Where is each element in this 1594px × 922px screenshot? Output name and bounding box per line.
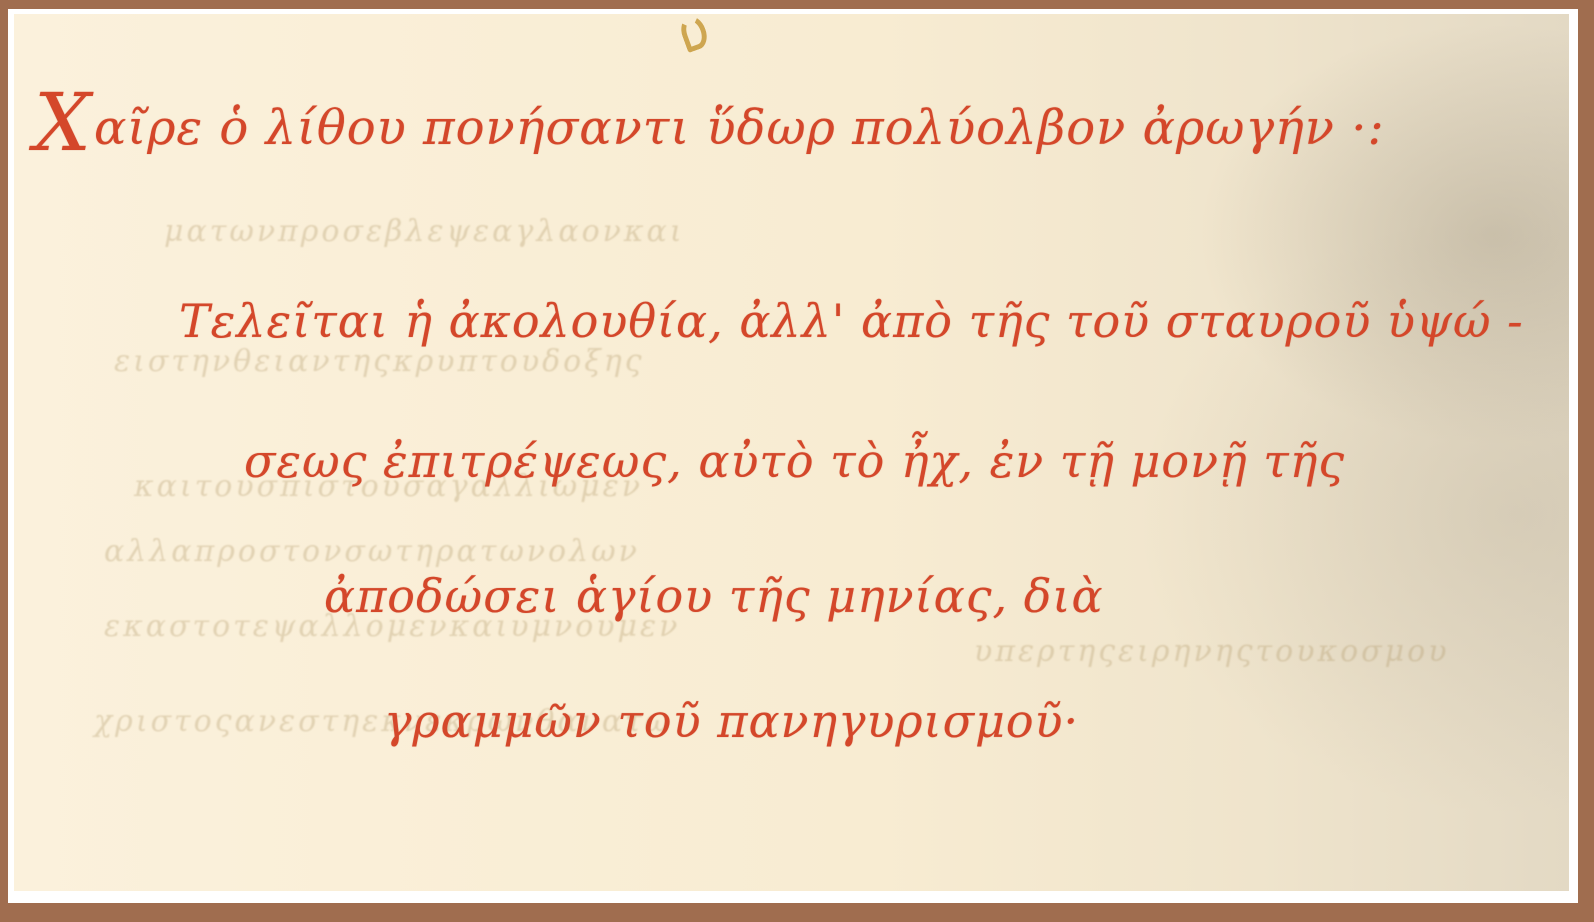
line-text: Τελεῖται ἡ ἀκολουθία, ἀλλ' ἀπὸ τῆς τοῦ σ… (179, 294, 1524, 348)
manuscript-line-4: ἀποδώσει ἁγίου τῆς μηνίας, διὰ (324, 569, 1104, 623)
manuscript-page: ματωνπροσεβλεψεαγλαονκαι ειστηνθειαντηςκ… (14, 14, 1569, 891)
manuscript-line-1: Χαῖρε ὁ λίθου πονήσαντι ὕδωρ πολύολβον ἀ… (34, 76, 1385, 169)
manuscript-line-5: γραμμῶν τοῦ πανηγυρισμοῦ· (384, 694, 1079, 748)
line-text: ἀποδώσει ἁγίου τῆς μηνίας, διὰ (324, 569, 1104, 623)
bleed-through-line: ειστηνθειαντηςκρυπτουδοξης (114, 344, 645, 379)
bleed-through-line: υπερτηςειρηνηςτουκοσμου (974, 634, 1449, 669)
line-text: σεως ἐπιτρέψεως, αὐτὸ τὸ ἦχ, ἐν τῇ μονῇ … (244, 434, 1345, 488)
bleed-through-line: αλλαπροστονσωτηρατωνολων (104, 534, 640, 569)
bleed-through-line: ματωνπροσεβλεψεαγλαονκαι (164, 214, 685, 249)
gold-ink-mark (677, 14, 711, 53)
drop-cap-chi: Χ (34, 76, 92, 169)
line-text: γραμμῶν τοῦ πανηγυρισμοῦ· (384, 694, 1079, 748)
line-text: αῖρε ὁ λίθου πονήσαντι ὕδωρ πολύολβον ἀρ… (94, 100, 1385, 156)
manuscript-line-3: σεως ἐπιτρέψεως, αὐτὸ τὸ ἦχ, ἐν τῇ μονῇ … (244, 434, 1345, 488)
manuscript-line-2: Τελεῖται ἡ ἀκολουθία, ἀλλ' ἀπὸ τῆς τοῦ σ… (179, 294, 1524, 348)
